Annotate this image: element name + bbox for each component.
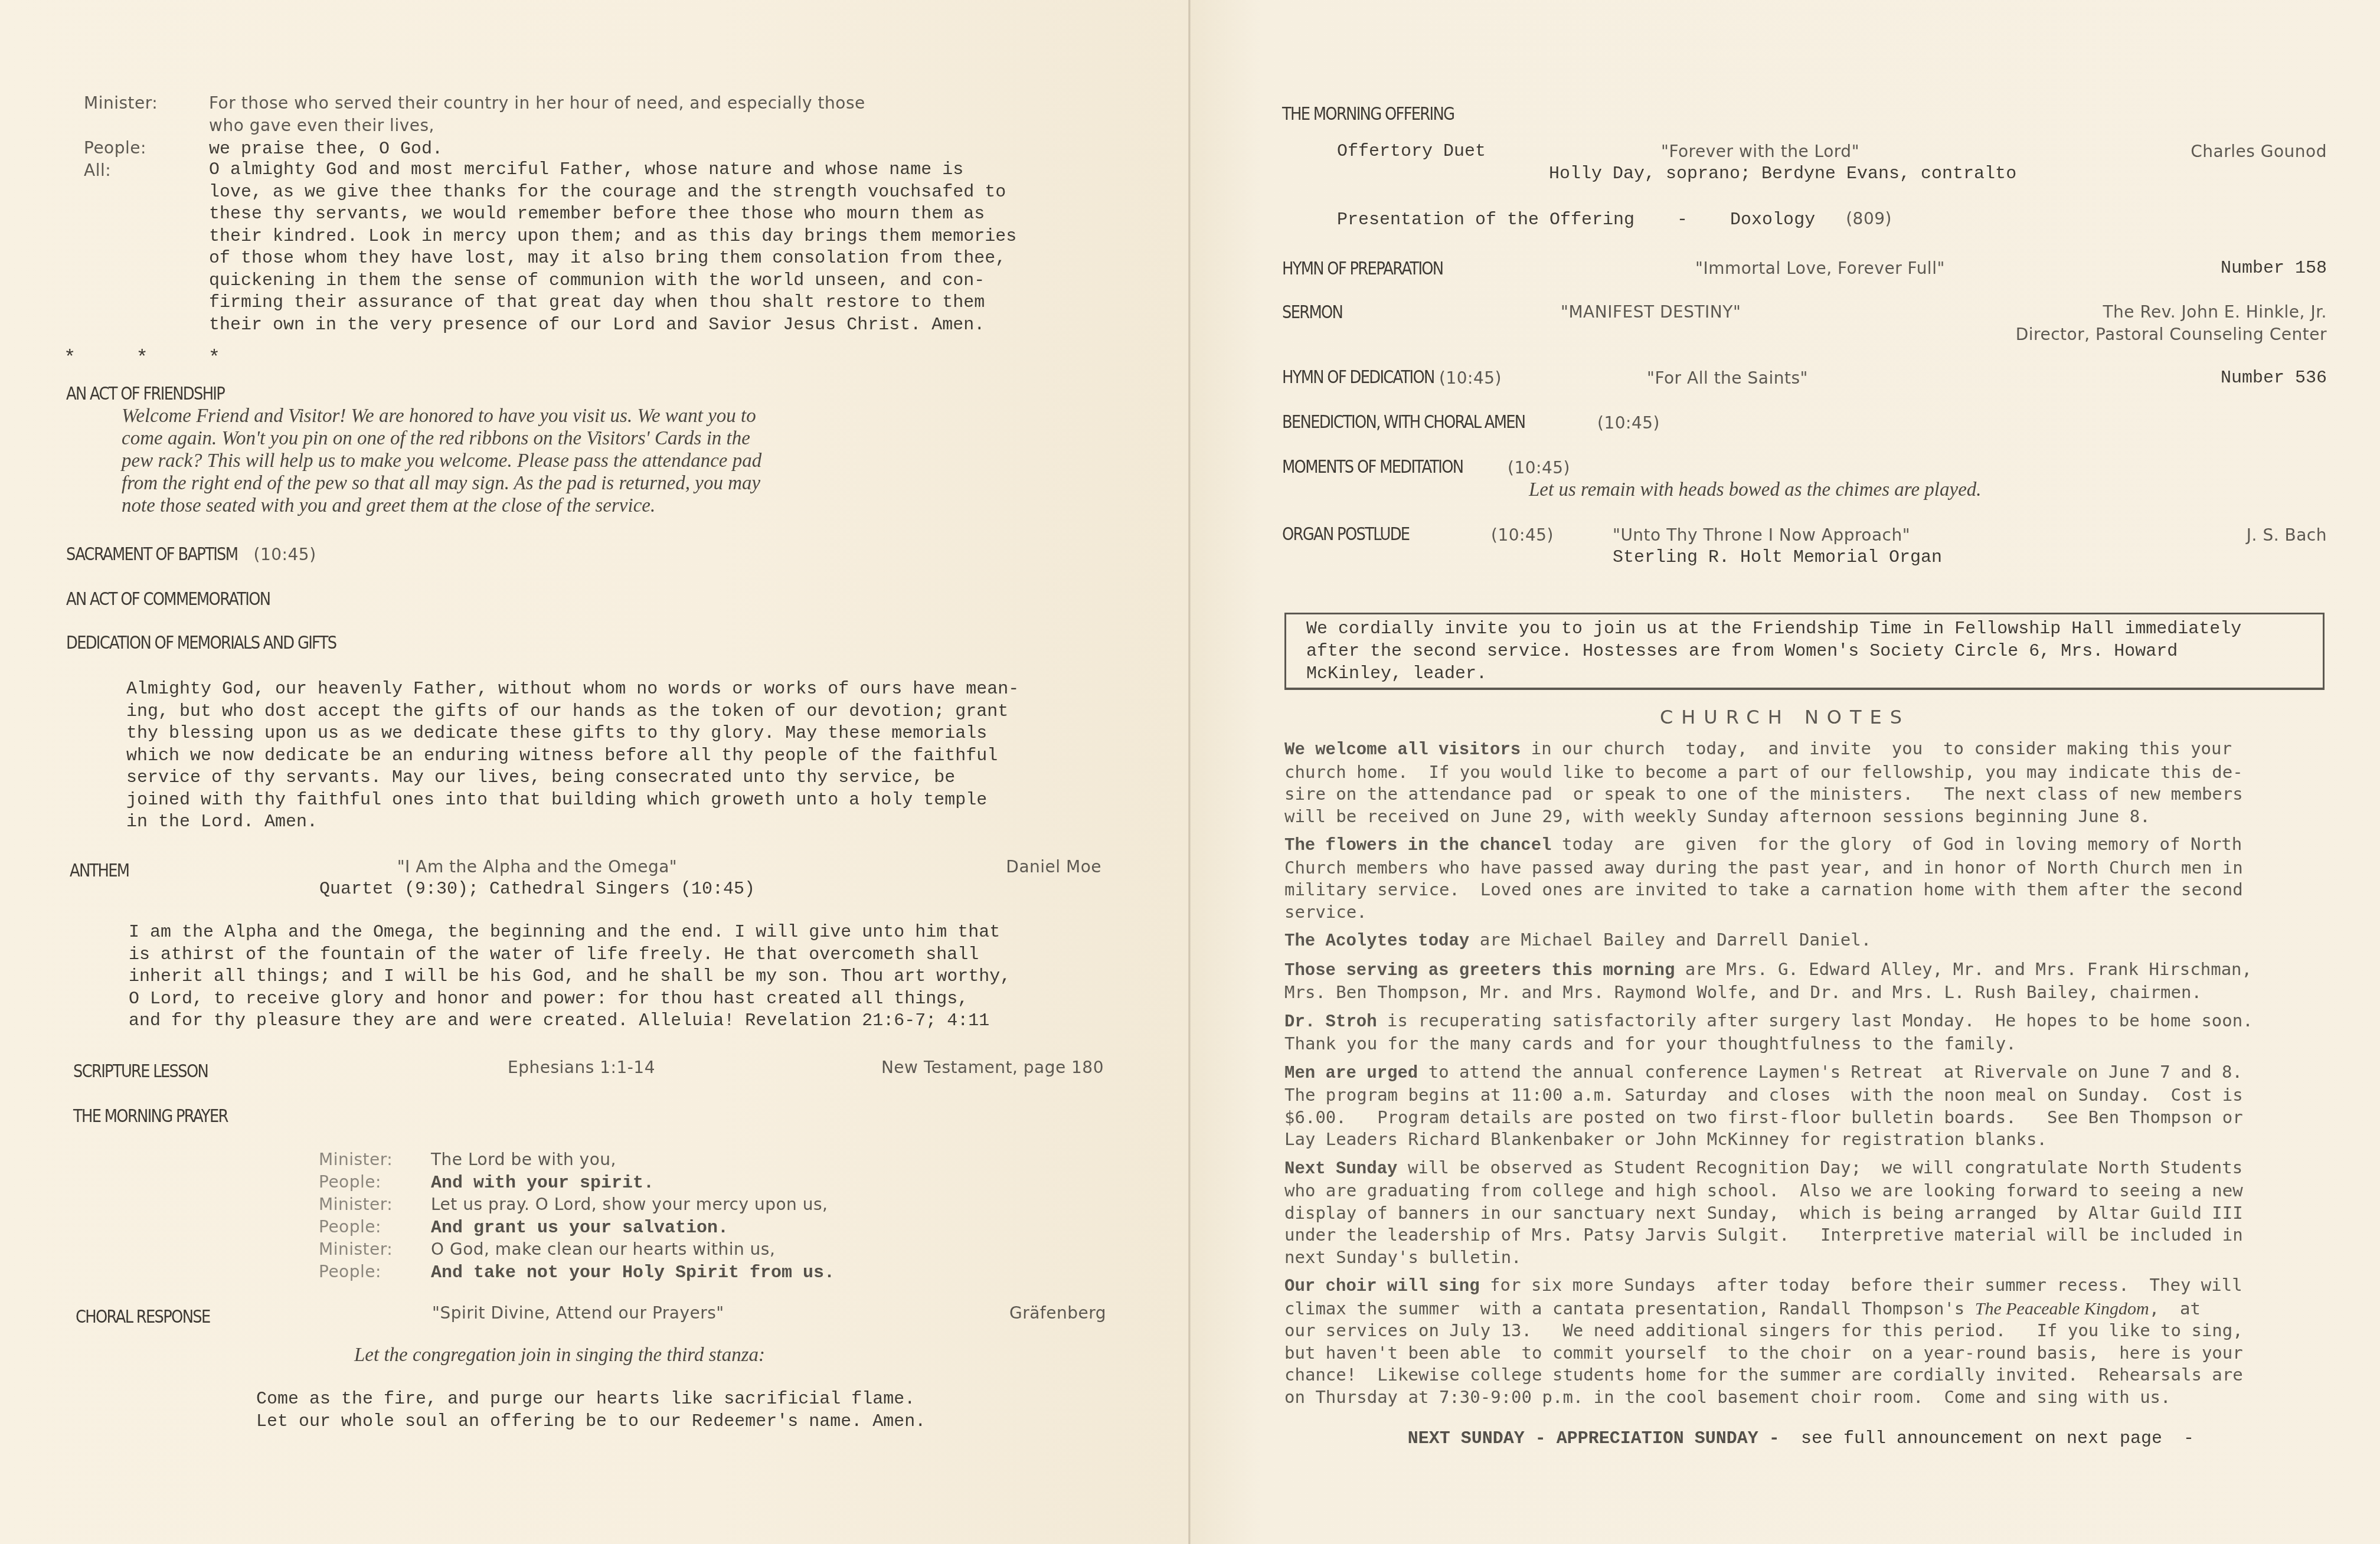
- litany-role: Minister:: [84, 92, 209, 115]
- note-lead: Our choir will sing: [1284, 1277, 1480, 1296]
- page-fold: [1188, 0, 1191, 1544]
- response-text: And with your spirit.: [431, 1172, 654, 1195]
- anthem-composer: Daniel Moe: [1006, 857, 1101, 876]
- note-line: climax the summer with a cantata present…: [1284, 1298, 2335, 1320]
- friendship-line: Welcome Friend and Visitor! We are honor…: [122, 405, 761, 427]
- dedication-prayer: Almighty God, our heavenly Father, witho…: [126, 679, 1047, 834]
- church-notes: We welcome all visitors in our church to…: [1284, 738, 2335, 1414]
- heading-benediction: BENEDICTION, WITH CHORAL AMEN: [1282, 412, 1525, 433]
- note-line: but haven't been able to commit yourself…: [1284, 1342, 2335, 1365]
- response-role: People:: [319, 1171, 431, 1193]
- response-role: People:: [319, 1261, 431, 1283]
- postlude-time: (10:45): [1491, 525, 1554, 545]
- note-line: display of banners in our sanctuary next…: [1284, 1202, 2335, 1225]
- response-text: The Lord be with you,: [431, 1149, 616, 1171]
- note-text: military service. Loved ones are invited…: [1284, 879, 2243, 899]
- choral-composer: Gräfenberg: [1009, 1303, 1106, 1323]
- friendship-line: come again. Won't you pin on one of the …: [122, 427, 761, 450]
- note-lead: Dr. Stroh: [1284, 1012, 1377, 1032]
- note-text: will be received on June 29, with weekly…: [1284, 806, 2150, 826]
- invitation-line: We cordially invite you to join us at th…: [1306, 618, 2305, 640]
- heading-hymn-of-dedication: HYMN OF DEDICATION: [1282, 367, 1434, 388]
- prayer-line: of those whom they have lost, may it als…: [209, 248, 1035, 270]
- note-line: church home. If you would like to become…: [1284, 761, 2335, 784]
- note-text: will be observed as Student Recognition …: [1397, 1157, 2242, 1177]
- offertory-performers: Holly Day, soprano; Berdyne Evans, contr…: [1549, 164, 2016, 184]
- response-text: Let us pray. O Lord, show your mercy upo…: [431, 1193, 828, 1216]
- note-line: The program begins at 11:00 a.m. Saturda…: [1284, 1084, 2335, 1107]
- response-row: Minister: O God, make clean our hearts w…: [319, 1238, 835, 1261]
- church-note: Men are urged to attend the annual confe…: [1284, 1061, 2335, 1151]
- heading-sermon: SERMON: [1282, 302, 1342, 323]
- note-line: The Acolytes today are Michael Bailey an…: [1284, 929, 2335, 953]
- note-line: Men are urged to attend the annual confe…: [1284, 1061, 2335, 1085]
- church-note: Next Sunday will be observed as Student …: [1284, 1157, 2335, 1269]
- choral-instruction: Let the congregation join in singing the…: [354, 1345, 765, 1366]
- anthem-text: I am the Alpha and the Omega, the beginn…: [129, 922, 1050, 1033]
- heading-choral-response: CHORAL RESPONSE: [76, 1307, 210, 1327]
- note-text: Lay Leaders Richard Blankenbaker or John…: [1284, 1129, 2047, 1149]
- response-row: Minister: Let us pray. O Lord, show your…: [319, 1193, 835, 1216]
- note-line: We welcome all visitors in our church to…: [1284, 738, 2335, 761]
- note-line: under the leadership of Mrs. Patsy Jarvi…: [1284, 1224, 2335, 1247]
- heading-dedication-memorials-gifts: DEDICATION OF MEMORIALS AND GIFTS: [66, 633, 336, 653]
- anthem-line: I am the Alpha and the Omega, the beginn…: [129, 922, 1050, 944]
- note-text: , at: [2149, 1298, 2201, 1319]
- presentation-dash: -: [1677, 210, 1688, 230]
- note-text: next Sunday's bulletin.: [1284, 1247, 1522, 1267]
- note-italic-title: The Peaceable Kingdom: [1975, 1299, 2149, 1319]
- dedication-line: joined with thy faithful ones into that …: [126, 790, 1047, 812]
- note-text: today are given for the glory of God in …: [1551, 834, 2242, 854]
- litany-all-prayer: O almighty God and most merciful Father,…: [209, 159, 1035, 336]
- response-role: Minister:: [319, 1238, 431, 1261]
- note-text: under the leadership of Mrs. Patsy Jarvi…: [1284, 1225, 2243, 1245]
- anthem-title: "I Am the Alpha and the Omega": [0, 857, 1003, 876]
- bulletin-spread: Minister: For those who served their cou…: [0, 0, 2380, 1544]
- church-note: We welcome all visitors in our church to…: [1284, 738, 2335, 827]
- invitation-line: McKinley, leader.: [1306, 663, 2305, 685]
- note-line: sire on the attendance pad or speak to o…: [1284, 783, 2335, 806]
- friendship-time-invitation-box: We cordially invite you to join us at th…: [1284, 613, 2325, 690]
- left-page: Minister: For those who served their cou…: [0, 0, 1190, 1544]
- litany-role: All:: [84, 159, 209, 182]
- note-text: climax the summer with a cantata present…: [1284, 1298, 1975, 1319]
- offertory-label: Offertory Duet: [1337, 142, 1486, 162]
- baptism-time: (10:45): [254, 545, 316, 564]
- friendship-line: from the right end of the pew so that al…: [122, 472, 761, 495]
- next-sunday-announcement: NEXT SUNDAY - APPRECIATION SUNDAY - see …: [1346, 1407, 2194, 1469]
- response-text: And take not your Holy Spirit from us.: [431, 1262, 835, 1284]
- hymn-dedication-number: Number 536: [2221, 368, 2327, 388]
- offertory-composer: Charles Gounod: [2191, 142, 2327, 161]
- note-line: service.: [1284, 901, 2335, 924]
- church-note: The flowers in the chancel today are giv…: [1284, 833, 2335, 923]
- response-role: Minister:: [319, 1193, 431, 1216]
- prayer-line: love, as we give thee thanks for the cou…: [209, 182, 1035, 204]
- heading-morning-prayer: THE MORNING PRAYER: [73, 1106, 228, 1127]
- hymn-preparation-number: Number 158: [2221, 259, 2327, 279]
- choral-title: "Spirit Divine, Attend our Prayers": [432, 1303, 724, 1323]
- meditation-instruction: Let us remain with heads bowed as the ch…: [1529, 479, 1982, 501]
- friendship-text: Welcome Friend and Visitor! We are honor…: [122, 405, 761, 517]
- note-line: Mrs. Ben Thompson, Mr. and Mrs. Raymond …: [1284, 982, 2335, 1004]
- heading-hymn-of-preparation: HYMN OF PREPARATION: [1282, 259, 1443, 279]
- benediction-time: (10:45): [1597, 413, 1660, 433]
- prayer-line: these thy servants, we would remember be…: [209, 204, 1035, 226]
- baptism-row: SACRAMENT OF BAPTISM (10:45): [66, 544, 316, 565]
- sermon-preacher-title: Director, Pastoral Counseling Center: [2016, 325, 2327, 344]
- note-text: to attend the annual conference Laymen's…: [1418, 1062, 2242, 1082]
- heading-moments-of-meditation: MOMENTS OF MEDITATION: [1282, 457, 1463, 477]
- response-row: Minister: The Lord be with you,: [319, 1149, 835, 1171]
- note-text: sire on the attendance pad or speak to o…: [1284, 784, 2243, 804]
- stanza-line: Let our whole soul an offering be to our…: [256, 1411, 926, 1433]
- scripture-passage: Ephesians 1:1-14: [508, 1058, 655, 1077]
- prayer-line: firming their assurance of that great da…: [209, 292, 1035, 315]
- anthem-line: is athirst of the fountain of the water …: [129, 944, 1050, 967]
- litany-role: People:: [84, 137, 209, 159]
- sermon-preacher: The Rev. John E. Hinkle, Jr.: [2103, 302, 2327, 322]
- note-text: Mrs. Ben Thompson, Mr. and Mrs. Raymond …: [1284, 982, 2202, 1002]
- note-lead: Those serving as greeters this morning: [1284, 961, 1675, 980]
- note-line: our services on July 13. We need additio…: [1284, 1320, 2335, 1342]
- friendship-line: pew rack? This will help us to make you …: [122, 450, 761, 472]
- note-text: is recuperating satisfactorily after sur…: [1377, 1010, 2253, 1031]
- note-line: Church members who have passed away duri…: [1284, 857, 2335, 879]
- choral-stanza: Come as the fire, and purge our hearts l…: [256, 1388, 926, 1433]
- note-text: display of banners in our sanctuary next…: [1284, 1203, 2243, 1223]
- prayer-line: their own in the very presence of our Lo…: [209, 315, 1035, 337]
- note-lead: We welcome all visitors: [1284, 740, 1521, 760]
- litany-text: For those who served their country in he…: [209, 92, 865, 115]
- presentation-number: (809): [1846, 209, 1892, 228]
- response-role: People:: [319, 1216, 431, 1238]
- heading-scripture-lesson: SCRIPTURE LESSON: [73, 1061, 208, 1082]
- dedication-line: Almighty God, our heavenly Father, witho…: [126, 679, 1047, 701]
- note-line: on Thursday at 7:30-9:00 p.m. in the coo…: [1284, 1386, 2335, 1409]
- response-text: O God, make clean our hearts within us,: [431, 1238, 775, 1261]
- morning-prayer-responses: Minister: The Lord be with you, People: …: [319, 1149, 835, 1283]
- friendship-line: note those seated with you and greet the…: [122, 495, 761, 517]
- church-note: Those serving as greeters this morning a…: [1284, 959, 2335, 1004]
- note-text: our services on July 13. We need additio…: [1284, 1320, 2243, 1340]
- hymn-dedication-time: (10:45): [1439, 368, 1502, 388]
- scripture-page: New Testament, page 180: [881, 1058, 1104, 1077]
- church-note: Our choir will sing for six more Sundays…: [1284, 1274, 2335, 1408]
- anthem-line: and for thy pleasure they are and were c…: [129, 1010, 1050, 1033]
- note-text: for six more Sundays after today before …: [1480, 1275, 2242, 1295]
- prayer-line: quickening in them the sense of communio…: [209, 270, 1035, 293]
- note-line: next Sunday's bulletin.: [1284, 1247, 2335, 1269]
- prayer-line: O almighty God and most merciful Father,…: [209, 159, 1035, 182]
- note-text: but haven't been able to commit yourself…: [1284, 1343, 2243, 1363]
- litany-text: we praise thee, O God.: [209, 138, 443, 161]
- note-line: will be received on June 29, with weekly…: [1284, 806, 2335, 828]
- note-line: Thank you for the many cards and for you…: [1284, 1033, 2335, 1055]
- church-note: Dr. Stroh is recuperating satisfactorily…: [1284, 1010, 2335, 1055]
- note-line: Lay Leaders Richard Blankenbaker or John…: [1284, 1128, 2335, 1151]
- right-page: THE MORNING OFFERING Offertory Duet "For…: [1190, 0, 2380, 1544]
- note-lead: Men are urged: [1284, 1064, 1418, 1083]
- note-text: on Thursday at 7:30-9:00 p.m. in the coo…: [1284, 1387, 2171, 1407]
- church-notes-title: CHURCH NOTES: [1190, 706, 2380, 728]
- presentation-item: Doxology: [1730, 210, 1815, 230]
- note-text: Thank you for the many cards and for you…: [1284, 1033, 2016, 1054]
- note-line: Those serving as greeters this morning a…: [1284, 959, 2335, 982]
- postlude-organ: Sterling R. Holt Memorial Organ: [1613, 548, 1942, 568]
- response-text: And grant us your salvation.: [431, 1217, 728, 1239]
- heading-organ-postlude: ORGAN POSTLUDE: [1282, 524, 1409, 545]
- offertory-title: "Forever with the Lord": [1661, 142, 1859, 161]
- presentation-label: Presentation of the Offering: [1337, 210, 1634, 230]
- note-text: are Mrs. G. Edward Alley, Mr. and Mrs. F…: [1675, 959, 2252, 979]
- postlude-composer: J. S. Bach: [2247, 525, 2327, 545]
- note-line: Next Sunday will be observed as Student …: [1284, 1157, 2335, 1180]
- anthem-line: O Lord, to receive glory and honor and p…: [129, 989, 1050, 1011]
- stanza-line: Come as the fire, and purge our hearts l…: [256, 1388, 926, 1411]
- note-text: who are graduating from college and high…: [1284, 1180, 2243, 1200]
- response-role: Minister:: [319, 1149, 431, 1171]
- note-line: who are graduating from college and high…: [1284, 1180, 2335, 1202]
- note-text: in our church today, and invite you to c…: [1521, 738, 2232, 758]
- note-text: chance! Likewise college students home f…: [1284, 1365, 2243, 1385]
- response-row: People: And take not your Holy Spirit fr…: [319, 1261, 835, 1283]
- presentation-row: Presentation of the Offering - Doxology …: [1337, 209, 1892, 230]
- note-lead: Next Sunday: [1284, 1159, 1397, 1179]
- anthem-line: inherit all things; and I will be his Go…: [129, 966, 1050, 989]
- church-note: The Acolytes today are Michael Bailey an…: [1284, 929, 2335, 953]
- meditation-time: (10:45): [1508, 458, 1570, 477]
- note-text: The program begins at 11:00 a.m. Saturda…: [1284, 1085, 2243, 1105]
- heading-sacrament-of-baptism: SACRAMENT OF BAPTISM: [66, 544, 237, 565]
- response-row: People: And grant us your salvation.: [319, 1216, 835, 1238]
- litany-block: Minister: For those who served their cou…: [84, 92, 1052, 336]
- invitation-line: after the second service. Hostesses are …: [1306, 640, 2305, 663]
- note-line: The flowers in the chancel today are giv…: [1284, 833, 2335, 857]
- note-line: military service. Loved ones are invited…: [1284, 879, 2335, 901]
- heading-act-of-commemoration: AN ACT OF COMMEMORATION: [66, 589, 270, 610]
- prayer-line: their kindred. Look in mercy upon them; …: [209, 226, 1035, 248]
- note-text: $6.00. Program details are posted on two…: [1284, 1107, 2243, 1127]
- litany-text: who gave even their lives,: [209, 115, 434, 137]
- response-row: People: And with your spirit.: [319, 1171, 835, 1193]
- next-sunday-rest: see full announcement on next page -: [1780, 1429, 2194, 1449]
- note-text: church home. If you would like to become…: [1284, 762, 2243, 782]
- note-lead: The flowers in the chancel: [1284, 836, 1551, 855]
- note-line: chance! Likewise college students home f…: [1284, 1364, 2335, 1386]
- postlude-title: "Unto Thy Throne I Now Approach": [1613, 525, 1910, 545]
- hymn-dedication-title: "For All the Saints": [1647, 368, 1808, 388]
- anthem-performers: Quartet (9:30); Cathedral Singers (10:45…: [0, 879, 1003, 899]
- dedication-line: ing, but who dost accept the gifts of ou…: [126, 701, 1047, 724]
- note-line: Dr. Stroh is recuperating satisfactorily…: [1284, 1010, 2335, 1033]
- hymn-preparation-title: "Immortal Love, Forever Full": [1695, 259, 1945, 278]
- heading-act-of-friendship: AN ACT OF FRIENDSHIP: [66, 384, 224, 404]
- note-line: Our choir will sing for six more Sundays…: [1284, 1274, 2335, 1298]
- note-text: Church members who have passed away duri…: [1284, 858, 2243, 878]
- note-text: are Michael Bailey and Darrell Daniel.: [1469, 930, 1871, 950]
- next-sunday-lead: NEXT SUNDAY - APPRECIATION SUNDAY -: [1408, 1429, 1780, 1449]
- section-divider-asterisks: * * *: [64, 347, 220, 369]
- heading-morning-offering: THE MORNING OFFERING: [1282, 104, 1454, 125]
- dedication-line: thy blessing upon us as we dedicate thes…: [126, 723, 1047, 745]
- dedication-line: service of thy servants. May our lives, …: [126, 767, 1047, 790]
- note-text: service.: [1284, 902, 1367, 922]
- dedication-line: which we now dedicate be an enduring wit…: [126, 745, 1047, 768]
- sermon-title: "MANIFEST DESTINY": [1561, 302, 1741, 322]
- note-lead: The Acolytes today: [1284, 931, 1469, 951]
- note-line: $6.00. Program details are posted on two…: [1284, 1107, 2335, 1129]
- dedication-line: in the Lord. Amen.: [126, 812, 1047, 834]
